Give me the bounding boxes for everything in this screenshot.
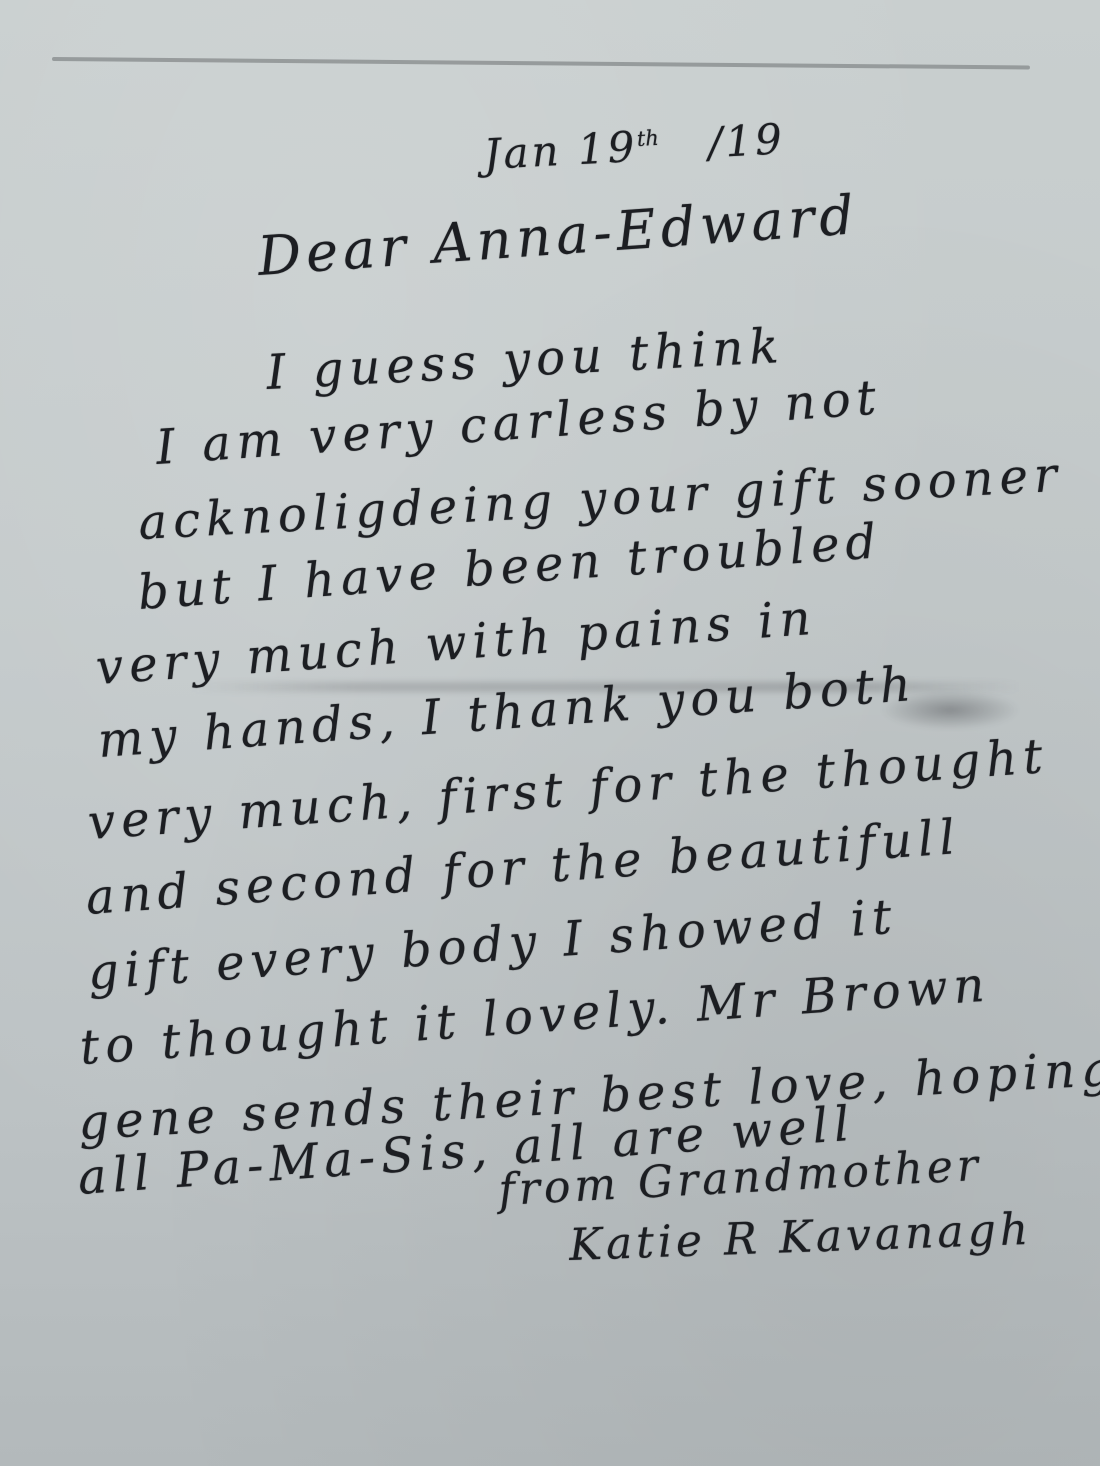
date-day: 19 bbox=[577, 122, 639, 174]
date-day-suffix: th bbox=[636, 126, 659, 151]
date-year: 19 bbox=[724, 114, 786, 166]
date-month: Jan bbox=[482, 126, 562, 179]
